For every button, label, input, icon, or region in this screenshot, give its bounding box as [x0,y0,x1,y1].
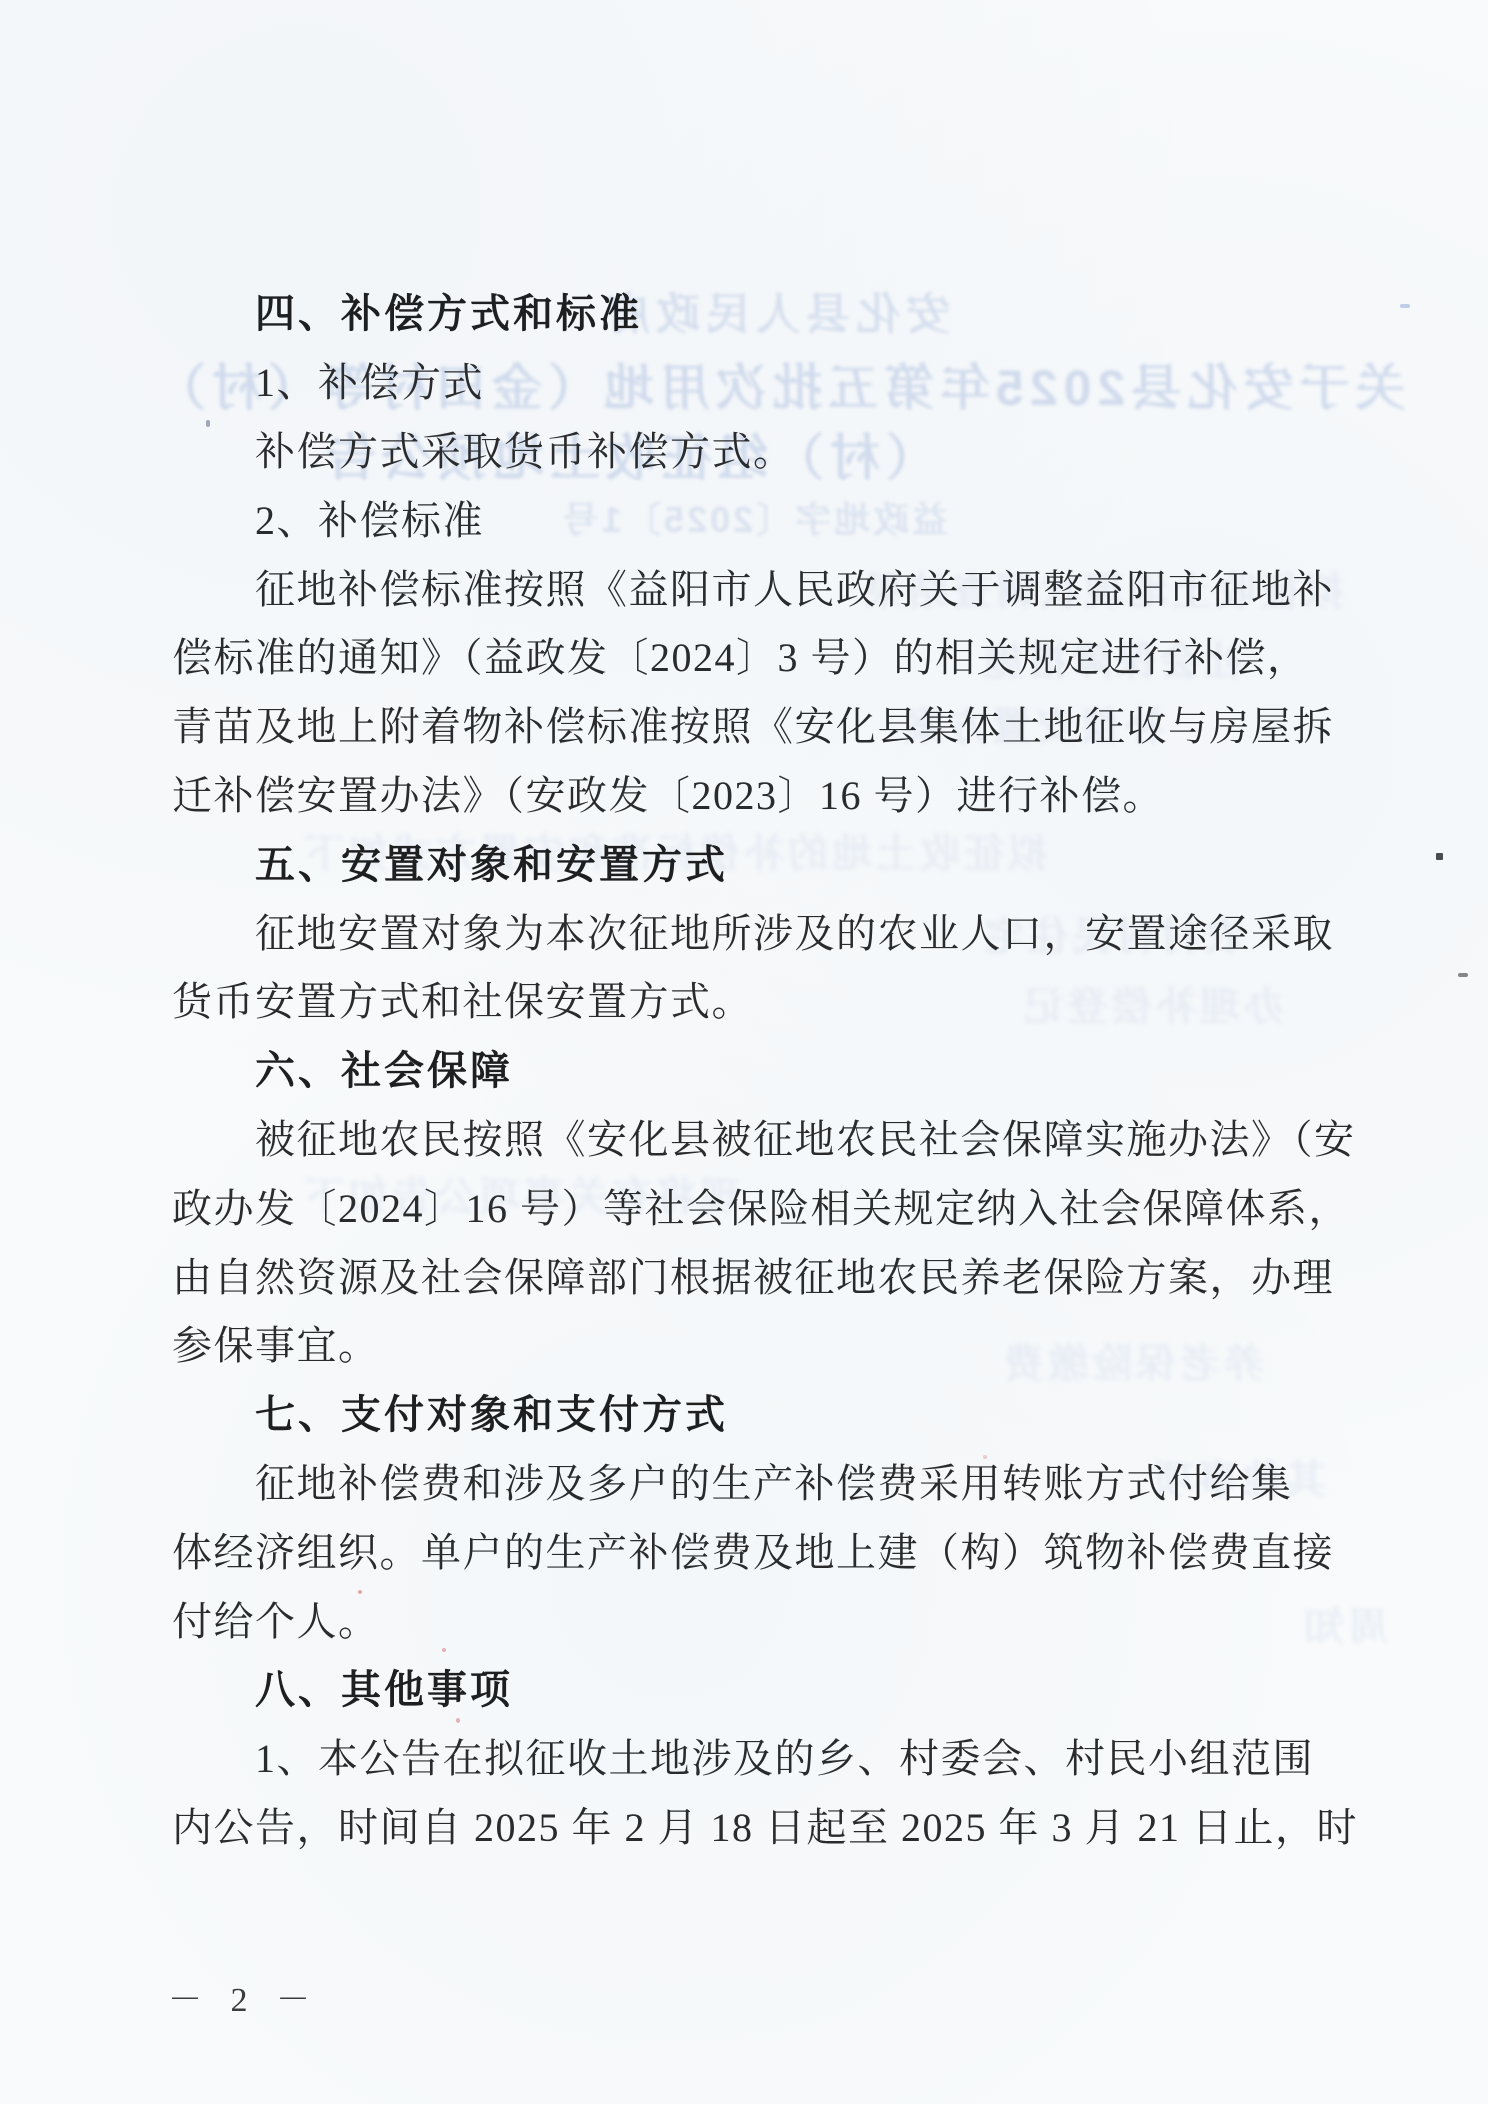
scan-speck [442,1648,446,1652]
scan-speck [1458,973,1468,977]
text-line: 补偿方式采取货币补偿方式。 [255,430,795,474]
text-line: 参保事宜。 [172,1324,380,1368]
heading-section-6: 六、社会保障 [255,1049,513,1093]
heading-section-5: 五、安置对象和安置方式 [255,843,728,887]
text-line: 青苗及地上附着物补偿标准按照《安化县集体土地征收与房屋拆 [172,705,1334,749]
scan-speck [1436,853,1443,860]
heading-section-8: 八、其他事项 [255,1668,513,1712]
scan-speck [206,420,210,427]
heading-section-4: 四、补偿方式和标准 [255,292,642,336]
text-line: 由自然资源及社会保障部门根据被征地农民养老保险方案，办理 [172,1256,1334,1300]
text-line: 被征地农民按照《安化县被征地农民社会保障实施办法》（安 [255,1118,1356,1162]
heading-section-7: 七、支付对象和支付方式 [255,1393,728,1437]
text-line: 迁补偿安置办法》（安政发〔2023〕16 号）进行补偿。 [172,774,1164,818]
page-number: － 2 － [168,1972,320,2021]
bleedthrough-title-line: 益政地字〔2025〕1号 [560,492,948,543]
text-line: 偿标准的通知》（益政发〔2024〕3 号）的相关规定进行补偿， [172,636,1309,680]
bleedthrough-title-line: 安化县人民政府 [600,278,950,342]
text-line: 征地补偿费和涉及多户的生产补偿费采用转账方式付给集 [255,1462,1293,1506]
bleedthrough-band: 办理补偿登记 [1020,975,1284,1032]
text-line: 政办发〔2024〕16 号）等社会保险相关规定纳入社会保障体系， [172,1187,1350,1231]
bleedthrough-band: 周知 [1300,1595,1388,1652]
scan-speck [358,1590,362,1594]
scan-speck [983,1455,987,1459]
bleedthrough-band: 养老保险缴费 [1000,1332,1264,1389]
text-line: 体经济组织。单户的生产补偿费及地上建（构）筑物补偿费直接 [172,1531,1334,1575]
scanned-document-page: 安化县人民政府 关于安化县2025年第五批次用地（金田村等（村） （村）组征收土… [0,0,1488,2104]
text-line: 2、补偿标准 [255,499,484,543]
text-line: 1、本公告在拟征收土地涉及的乡、村委会、村民小组范围 [255,1737,1314,1781]
text-line: 征地安置对象为本次征地所涉及的农业人口，安置途径采取 [255,912,1334,956]
text-line: 1、补偿方式 [255,361,484,405]
text-line: 征地补偿标准按照《益阳市人民政府关于调整益阳市征地补 [255,568,1334,612]
scan-speck [1400,304,1410,308]
text-line: 货币安置方式和社保安置方式。 [172,980,753,1024]
text-line: 付给个人。 [172,1600,380,1644]
scan-speck [456,1718,460,1723]
text-line: 内公告，时间自 2025 年 2 月 18 日起至 2025 年 3 月 21 … [172,1806,1358,1850]
